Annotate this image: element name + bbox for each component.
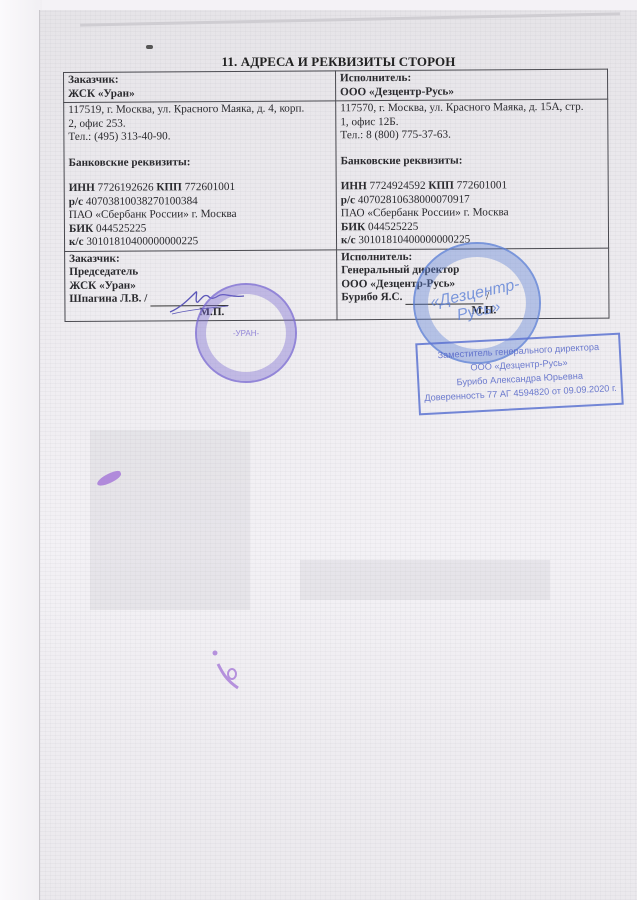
party-header-row: Заказчик: ЖСК «Уран» Исполнитель: ООО «Д… [64,69,608,102]
contractor-address: 117570, г. Москва, ул. Красного Маяка, д… [340,101,603,116]
customer-header-cell: Заказчик: ЖСК «Уран» [64,71,336,103]
party-details-row: 117519, г. Москва, ул. Красного Маяка, д… [64,99,609,251]
proxy-stamp: Заместитель генерального директора ООО «… [415,333,623,416]
contractor-details-cell: 117570, г. Москва, ул. Красного Маяка, д… [336,99,609,249]
customer-round-seal-icon: -УРАН- [195,283,297,383]
customer-details-cell: 117519, г. Москва, ул. Красного Маяка, д… [64,101,337,251]
bleed-through-text-area [300,560,550,600]
section-title: 11. АДРЕСА И РЕКВИЗИТЫ СТОРОН [0,54,637,70]
scanner-margin [0,0,42,900]
contractor-name: ООО «Дезцентр-Русь» [340,84,603,99]
bleed-through-text-area [90,430,250,610]
customer-address: 117519, г. Москва, ул. Красного Маяка, д… [68,102,331,117]
customer-corr-account: к/с 30101810400000000225 [69,234,332,249]
scan-speck [146,45,153,49]
contractor-header-cell: Исполнитель: ООО «Дезцентр-Русь» [335,69,607,101]
customer-name: ЖСК «Уран» [68,86,331,101]
ink-smudge [212,650,242,690]
